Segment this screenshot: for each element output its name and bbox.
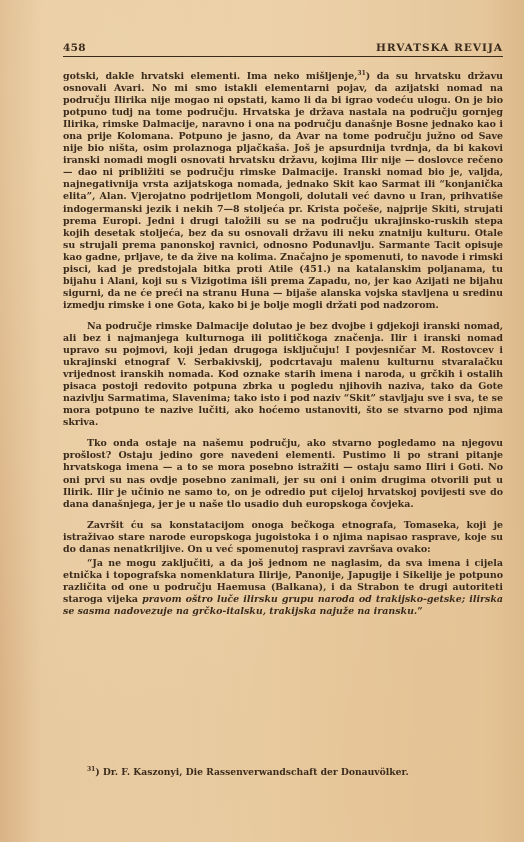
article-body: gotski, dakle hrvatski elementi. Ima nek… bbox=[63, 71, 503, 618]
paragraph-4: Završit ću sa konstatacijom onoga bečkog… bbox=[63, 520, 503, 556]
paragraph-3: Tko onda ostaje na našemu području, ako … bbox=[63, 438, 503, 510]
paragraph-1: gotski, dakle hrvatski elementi. Ima nek… bbox=[63, 71, 503, 312]
paragraph-1-text-a: gotski, dakle hrvatski elementi. Ima nek… bbox=[63, 71, 357, 82]
paragraph-1-text-b: ) da su hrvatsku državu osnovali Avari. … bbox=[63, 71, 503, 311]
quotation-paragraph: “Ja ne mogu zaključiti, a da još jednom … bbox=[63, 558, 503, 618]
footnote: 31) Dr. F. Kaszonyi, Die Rassenverwandsc… bbox=[63, 767, 503, 778]
page-number: 458 bbox=[63, 42, 86, 54]
footnote-text: ) Dr. F. Kaszonyi, Die Rassenverwandscha… bbox=[95, 767, 408, 778]
paragraph-2: Na područje rimske Dalmacije dolutao je … bbox=[63, 321, 503, 429]
footnote-reference: 31 bbox=[357, 70, 365, 77]
journal-title: HRVATSKA REVIJA bbox=[376, 42, 503, 54]
book-page: 458 HRVATSKA REVIJA gotski, dakle hrvats… bbox=[63, 40, 503, 627]
quotation-close: ” bbox=[417, 606, 422, 617]
running-header: 458 HRVATSKA REVIJA bbox=[63, 40, 503, 57]
